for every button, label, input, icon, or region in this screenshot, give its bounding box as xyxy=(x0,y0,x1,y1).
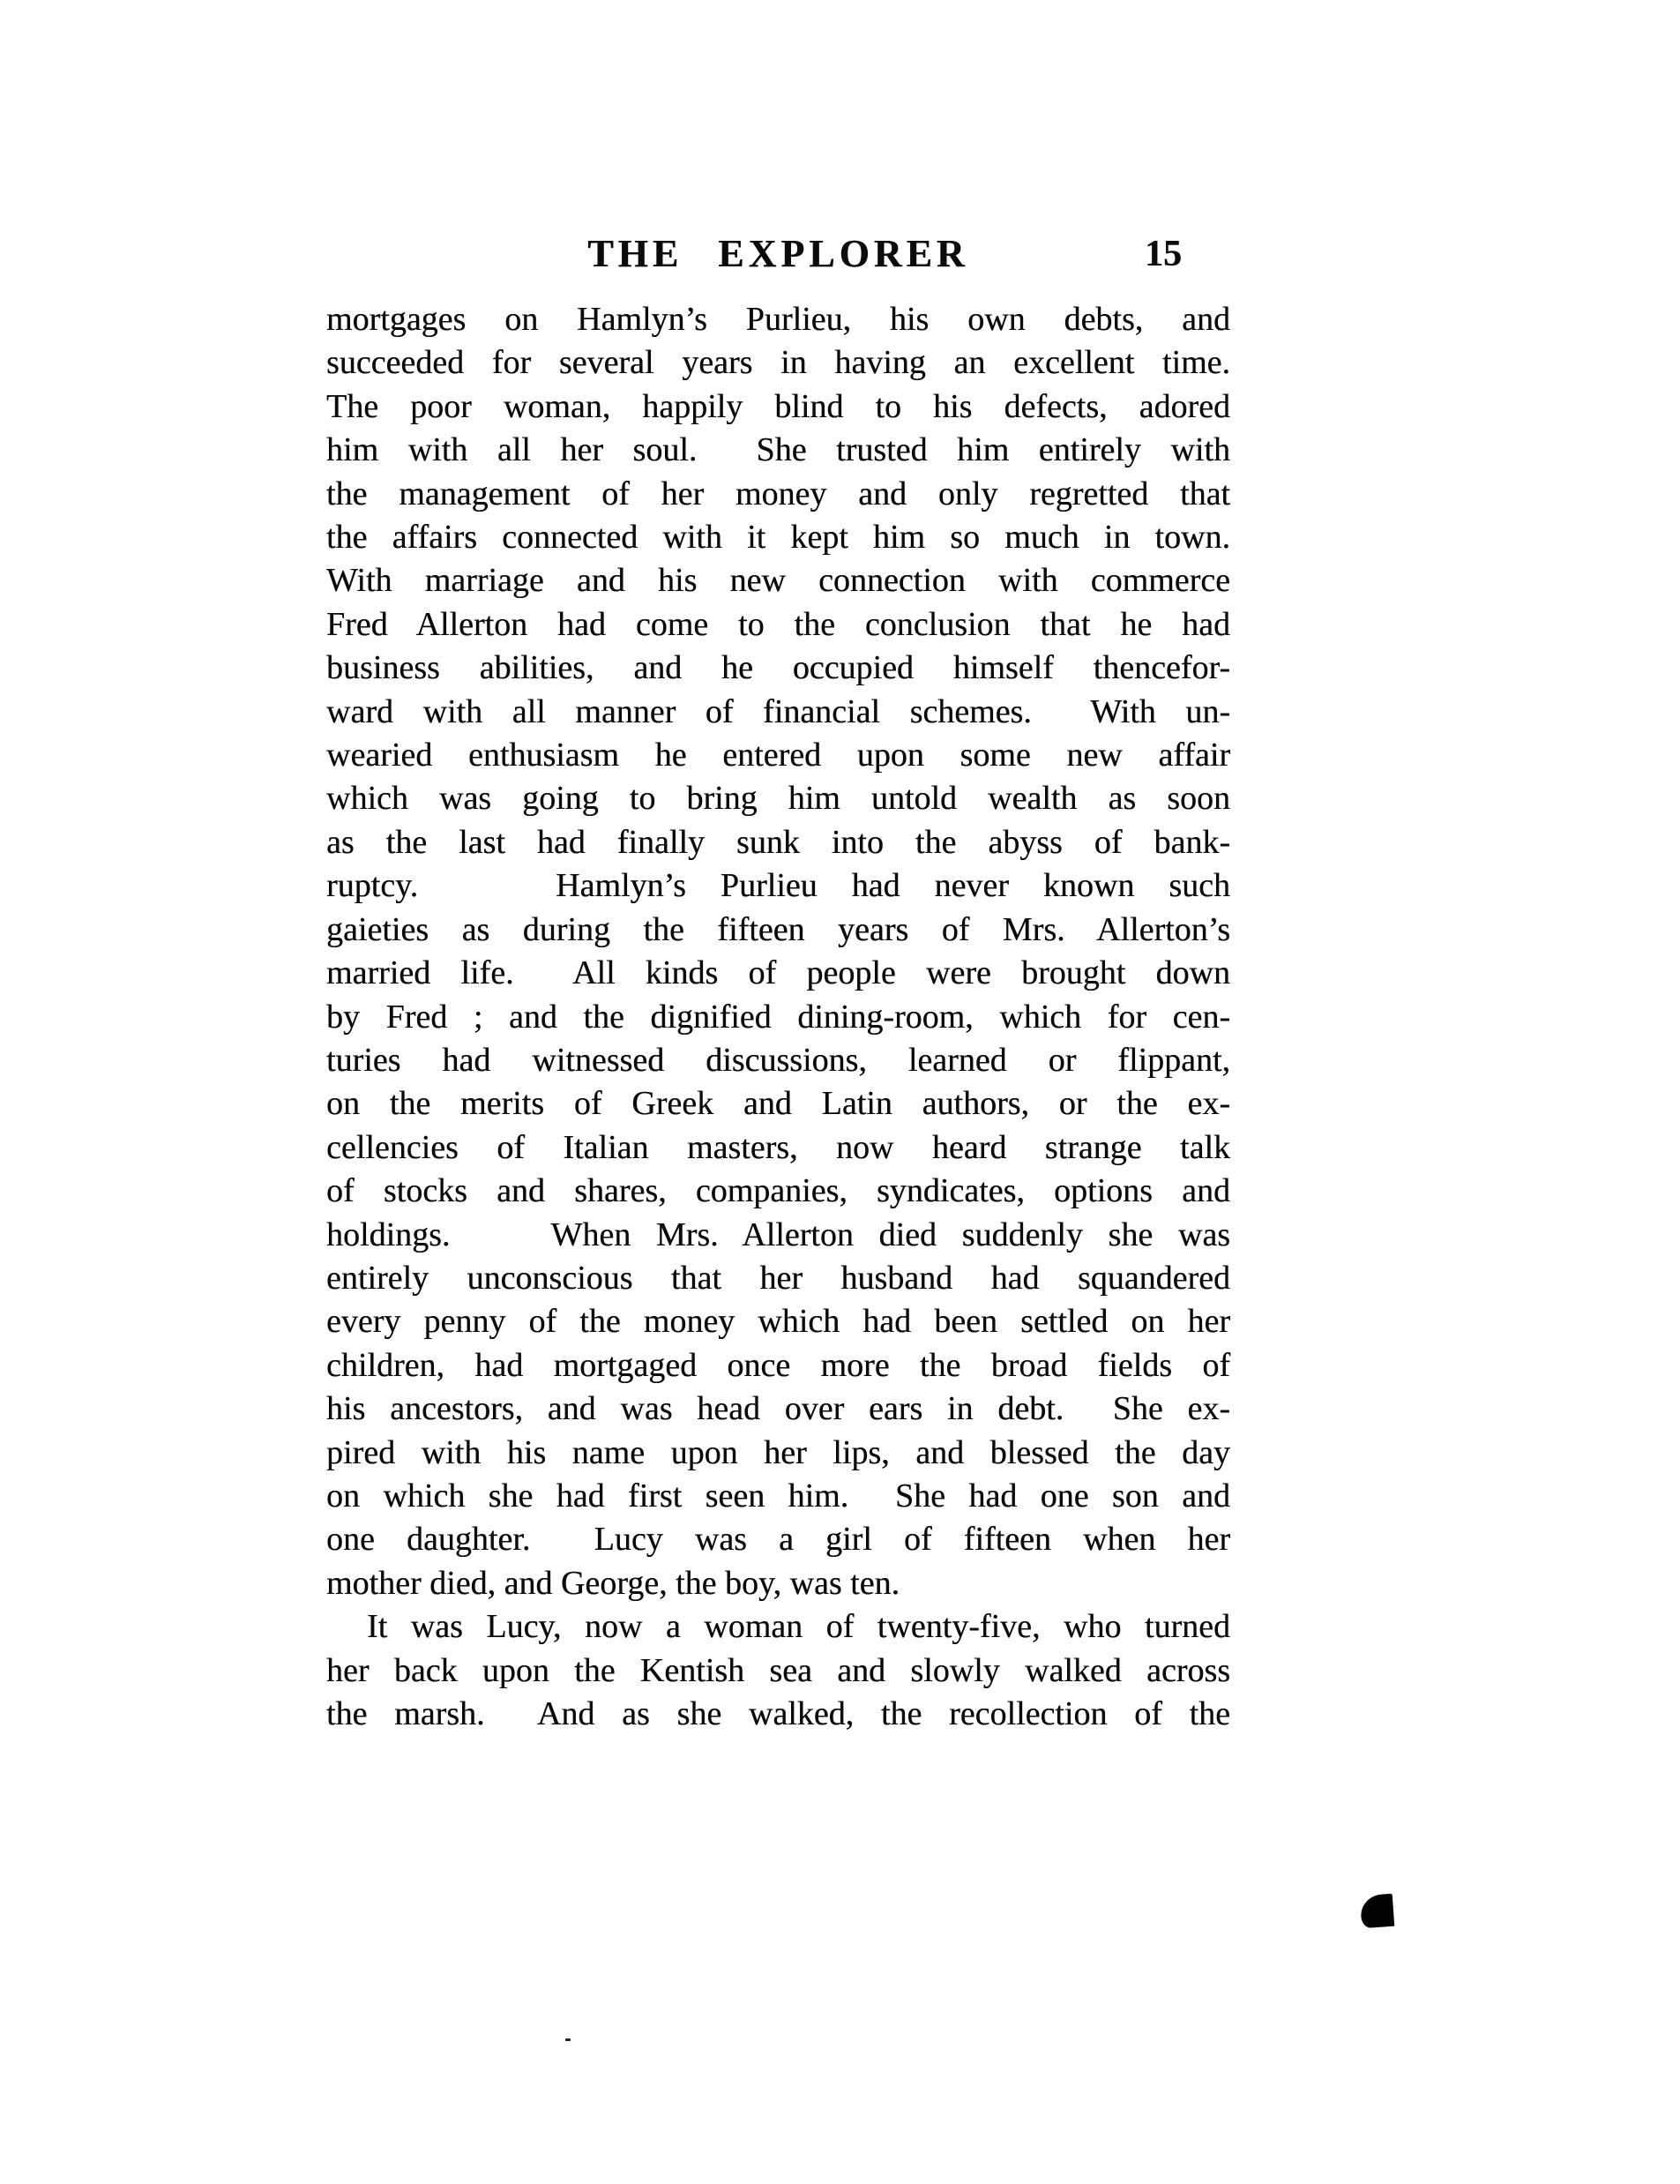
text-line: of stocks and shares, companies, syndica… xyxy=(326,1170,1230,1213)
text-line: the affairs connected with it kept him s… xyxy=(326,516,1230,559)
text-line: her back upon the Kentish sea and slowly… xyxy=(326,1649,1230,1693)
text-line: With marriage and his new connection wit… xyxy=(326,559,1230,602)
text-line: pired with his name upon her lips, and b… xyxy=(326,1432,1230,1475)
text-line: children, had mortgaged once more the br… xyxy=(326,1344,1230,1387)
text-line: succeeded for several years in having an… xyxy=(326,341,1230,385)
book-page: THE EXPLORER 15 mortgages on Hamlyn’s Pu… xyxy=(0,0,1680,2184)
text-line: him with all her soul. She trusted him e… xyxy=(326,429,1230,472)
text-line: business abilities, and he occupied hims… xyxy=(326,647,1230,690)
text-line: wearied enthusiasm he entered upon some … xyxy=(326,734,1230,777)
text-line: entirely unconscious that her husband ha… xyxy=(326,1257,1230,1300)
text-line: The poor woman, happily blind to his def… xyxy=(326,385,1230,429)
text-line: the management of her money and only reg… xyxy=(326,473,1230,516)
text-line: his ancestors, and was head over ears in… xyxy=(326,1387,1230,1431)
text-line: holdings. When Mrs. Allerton died sudden… xyxy=(326,1214,1230,1257)
text-line: cellencies of Italian masters, now heard… xyxy=(326,1126,1230,1170)
text-line: on the merits of Greek and Latin authors… xyxy=(326,1082,1230,1126)
text-line: gaieties as during the fifteen years of … xyxy=(326,909,1230,952)
page-number: 15 xyxy=(1145,235,1182,273)
body-text: mortgages on Hamlyn’s Purlieu, his own d… xyxy=(326,298,1230,1736)
page-title: THE EXPLORER xyxy=(587,235,968,273)
text-line: ward with all manner of financial scheme… xyxy=(326,691,1230,734)
text-line: ruptcy. Hamlyn’s Purlieu had never known… xyxy=(326,864,1230,908)
text-line: mortgages on Hamlyn’s Purlieu, his own d… xyxy=(326,298,1230,341)
text-line: Fred Allerton had come to the conclusion… xyxy=(326,603,1230,647)
text-line: by Fred ; and the dignified dining-room,… xyxy=(326,996,1230,1039)
text-line: on which she had first seen him. She had… xyxy=(326,1475,1230,1518)
text-line: one daughter. Lucy was a girl of fifteen… xyxy=(326,1518,1230,1561)
text-line: which was going to bring him untold weal… xyxy=(326,777,1230,820)
text-line: It was Lucy, now a woman of twenty-five,… xyxy=(326,1605,1230,1649)
page-header: THE EXPLORER 15 xyxy=(326,235,1230,280)
text-line: turies had witnessed discussions, learne… xyxy=(326,1039,1230,1082)
text-line: the marsh. And as she walked, the recoll… xyxy=(326,1693,1230,1736)
text-line: as the last had finally sunk into the ab… xyxy=(326,821,1230,864)
ink-blot-artifact xyxy=(1360,1894,1394,1928)
speck-artifact xyxy=(565,2038,571,2041)
text-line: mother died, and George, the boy, was te… xyxy=(326,1562,1230,1605)
text-line: married life. All kinds of people were b… xyxy=(326,952,1230,995)
text-line: every penny of the money which had been … xyxy=(326,1300,1230,1343)
